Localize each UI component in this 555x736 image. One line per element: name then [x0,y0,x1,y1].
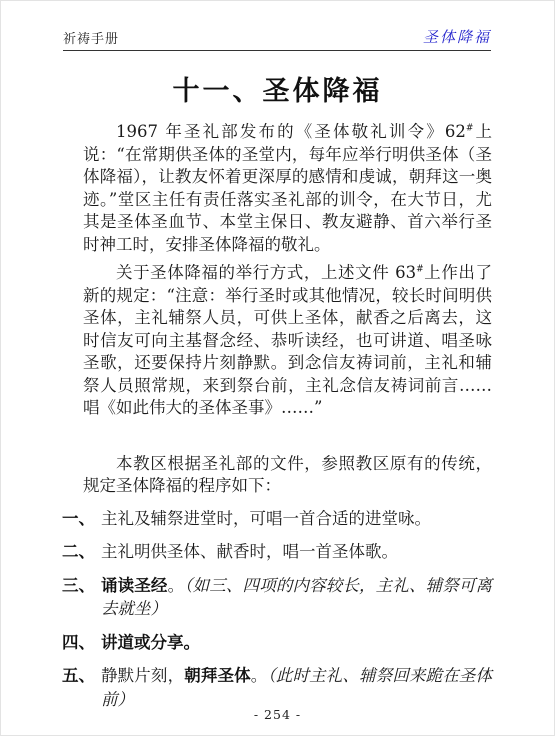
paragraph-3-text: 本教区根据圣礼部的文件，参照教区原有的传统，规定圣体降福的程序如下： [83,454,492,496]
list-item-4: 四、 讲道或分享。 [62,631,492,655]
list-item-2-body: 主礼明供圣体、献香时，唱一首圣体歌。 [101,540,492,564]
paragraph-2-text: 关于圣体降福的举行方式，上述文件 63 [116,263,416,282]
list-item-1: 一、 主礼及辅祭进堂时，可唱一首合适的进堂咏。 [62,507,492,531]
list-item-2-text: 主礼明供圣体、献香时，唱一首圣体歌。 [101,542,398,561]
page-header: 祈祷手册 圣体降福 [63,26,491,51]
list-item-5-text2: 。 [251,666,268,685]
list-item-3-marker: 三、 [62,574,101,621]
page-title: 十一、圣体降福 [0,69,555,108]
list-item-2: 二、 主礼明供圣体、献香时，唱一首圣体歌。 [62,540,492,564]
paragraph-3: 本教区根据圣礼部的文件，参照教区原有的传统，规定圣体降福的程序如下： [83,453,492,498]
list-item-4-bold: 讲道或分享。 [101,633,200,652]
list-item-3-body: 诵读圣经。（如三、四项的内容较长，主礼、辅祭可离去就坐） [101,574,492,621]
page-number: - 254 - [0,707,555,722]
list-item-3-text2: 。 [168,576,185,595]
list-item-2-marker: 二、 [62,540,101,564]
paragraph-2-text-cont: 上作出了新的规定：“注意：举行圣时或其他情况，较长时间明供圣体，主礼辅祭人员，可… [83,263,492,417]
paragraph-1-text-cont: 上说：“在常期供圣体的圣堂内，每年应举行明供圣体（圣体降福），让教友怀着更深厚的… [83,122,492,254]
header-book-title: 祈祷手册 [63,28,119,47]
list-item-1-marker: 一、 [62,507,101,531]
list-item-5: 五、 静默片刻，朝拜圣体。（此时主礼、辅祭回来跪在圣体前） [62,664,492,711]
list-item-4-marker: 四、 [62,631,101,655]
paragraph-1-text: 1967 年圣礼部发布的《圣体敬礼训令》62 [116,122,466,141]
list-item-3-bold: 诵读圣经 [101,576,168,595]
header-section-title: 圣体降福 [423,26,491,47]
procedure-list: 一、 主礼及辅祭进堂时，可唱一首合适的进堂咏。 二、 主礼明供圣体、献香时，唱一… [83,507,492,712]
page-content: 1967 年圣礼部发布的《圣体敬礼训令》62#上说：“在常期供圣体的圣堂内，每年… [83,121,492,711]
list-item-5-text: 静默片刻， [101,666,184,685]
list-item-5-body: 静默片刻，朝拜圣体。（此时主礼、辅祭回来跪在圣体前） [101,664,492,711]
list-item-1-body: 主礼及辅祭进堂时，可唱一首合适的进堂咏。 [101,507,492,531]
list-item-4-body: 讲道或分享。 [101,631,492,655]
list-item-1-text: 主礼及辅祭进堂时，可唱一首合适的进堂咏。 [101,509,431,528]
paragraph-2: 关于圣体降福的举行方式，上述文件 63#上作出了新的规定：“注意：举行圣时或其他… [83,262,492,420]
footnote-marker-2: # [416,265,424,275]
list-item-5-bold: 朝拜圣体 [184,666,251,685]
document-page: 祈祷手册 圣体降福 十一、圣体降福 1967 年圣礼部发布的《圣体敬礼训令》62… [0,0,555,736]
list-item-5-marker: 五、 [62,664,101,711]
paragraph-1: 1967 年圣礼部发布的《圣体敬礼训令》62#上说：“在常期供圣体的圣堂内，每年… [83,121,492,256]
list-item-3: 三、 诵读圣经。（如三、四项的内容较长，主礼、辅祭可离去就坐） [62,574,492,621]
